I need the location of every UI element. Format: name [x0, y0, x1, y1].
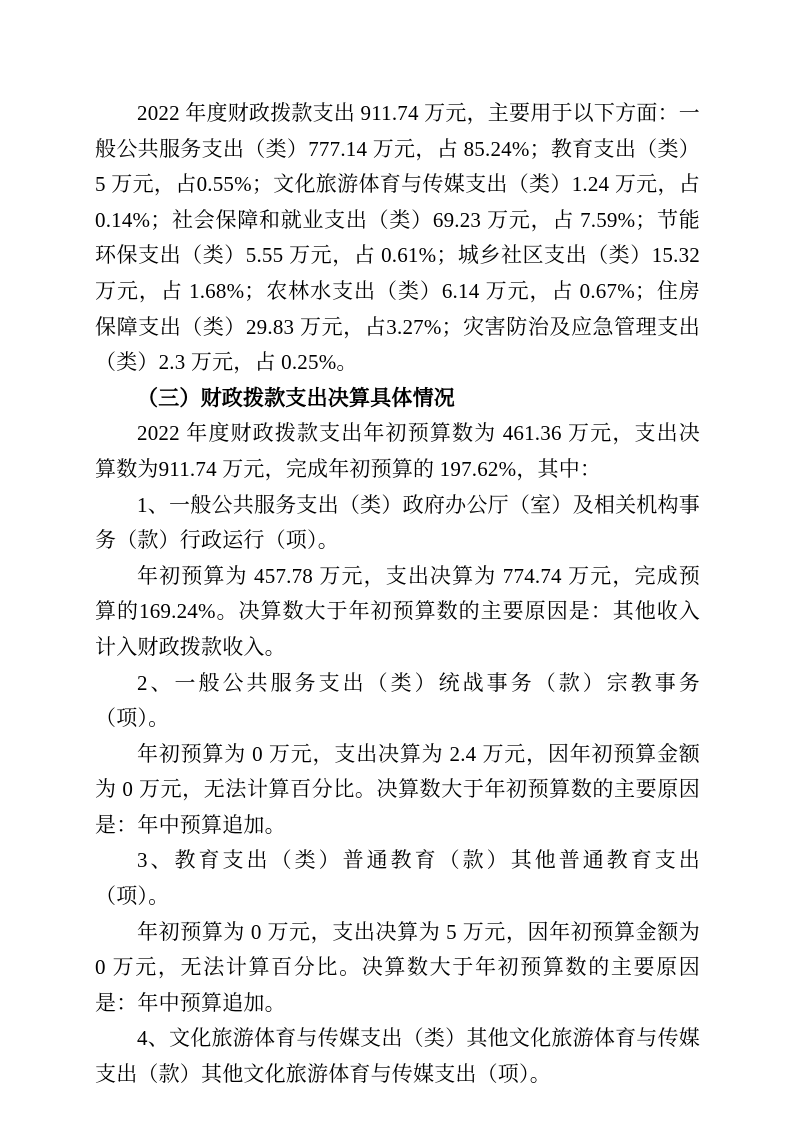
- paragraph-item-2-detail: 年初预算为 0 万元，支出决算为 2.4 万元，因年初预算金额为 0 万元，无法…: [95, 737, 700, 844]
- paragraph-item-3-title: 3、教育支出（类）普通教育（款）其他普通教育支出（项）。: [95, 843, 700, 914]
- paragraph-budget-vs-final: 2022 年度财政拨款支出年初预算数为 461.36 万元，支出决算数为911.…: [95, 416, 700, 487]
- document-body: 2022 年度财政拨款支出 911.74 万元，主要用于以下方面：一般公共服务支…: [95, 96, 700, 1093]
- paragraph-item-3-detail: 年初预算为 0 万元，支出决算为 5 万元，因年初预算金额为 0 万元，无法计算…: [95, 915, 700, 1022]
- paragraph-item-1-detail: 年初预算为 457.78 万元，支出决算为 774.74 万元，完成预算的169…: [95, 559, 700, 666]
- paragraph-item-1-title: 1、一般公共服务支出（类）政府办公厅（室）及相关机构事务（款）行政运行（项）。: [95, 488, 700, 559]
- document-page: 2022 年度财政拨款支出 911.74 万元，主要用于以下方面：一般公共服务支…: [0, 0, 793, 1122]
- paragraph-fiscal-expenditure-overview: 2022 年度财政拨款支出 911.74 万元，主要用于以下方面：一般公共服务支…: [95, 96, 700, 381]
- paragraph-item-2-title: 2、一般公共服务支出（类）统战事务（款）宗教事务（项）。: [95, 666, 700, 737]
- section-heading-expenditure-details: （三）财政拨款支出决算具体情况: [95, 381, 700, 417]
- paragraph-item-4-title: 4、文化旅游体育与传媒支出（类）其他文化旅游体育与传媒支出（款）其他文化旅游体育…: [95, 1021, 700, 1092]
